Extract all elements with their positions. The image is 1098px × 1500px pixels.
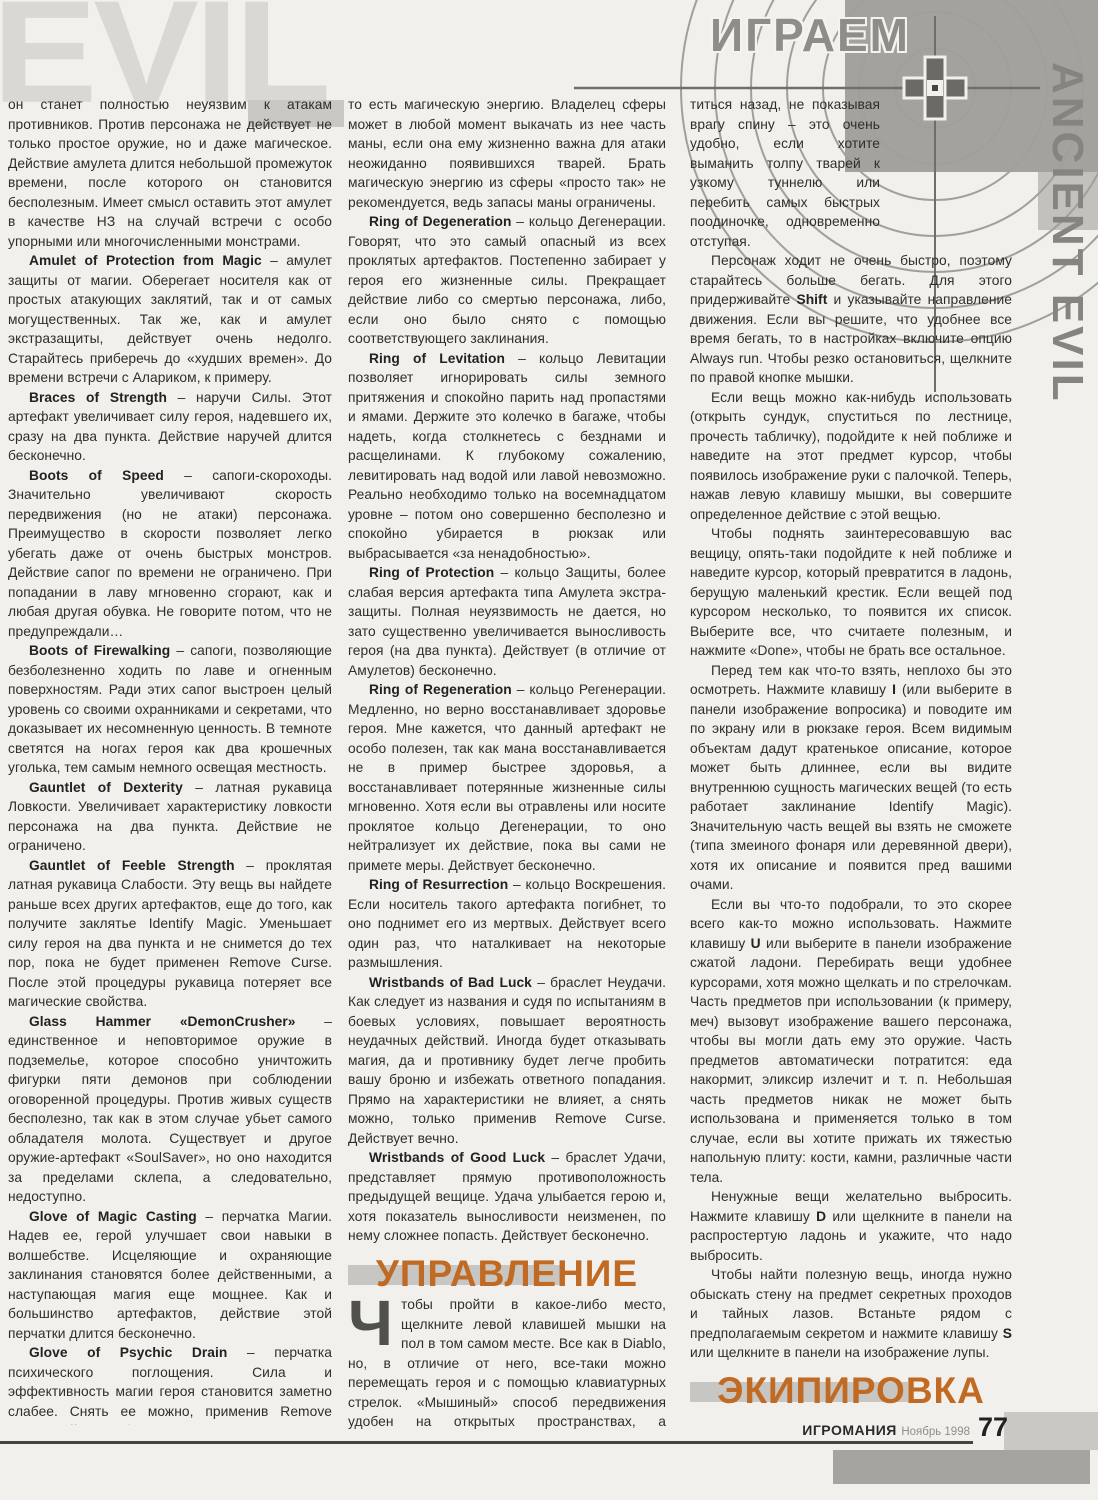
equipment-intro-text: ажав клавишу Пробел, вы вызовете меню сн… xyxy=(690,1412,1012,1415)
column-1: он станет полностью неуязвим к атакам пр… xyxy=(8,95,332,1425)
heading-controls: УПРАВЛЕНИЕ xyxy=(348,1264,666,1284)
magazine-page: EVIL ИГРАЕМ ANCIENT EVIL он станет полно… xyxy=(0,0,1098,1500)
dropcap-controls: Ч xyxy=(348,1298,393,1348)
heading-equipment: ЭКИПИРОВКА xyxy=(690,1381,1012,1401)
footer-light-block xyxy=(1004,1412,1098,1450)
controls-intro-text: тобы пройти в какое-либо место, щелкните… xyxy=(348,1295,666,1430)
footer-dark-block xyxy=(833,1450,1090,1484)
magazine-name: ИГРОМАНИЯ xyxy=(802,1422,897,1438)
footer-brand: ИГРОМАНИЯ Ноябрь 1998 xyxy=(700,1422,970,1440)
equipment-intro: Н ажав клавишу Пробел, вы вызовете меню … xyxy=(690,1412,1012,1415)
target-text-wrap-spacer xyxy=(880,95,1012,217)
column-2: то есть магическую энергию. Владелец сфе… xyxy=(348,95,666,1430)
section-label-playing: ИГРАЕМ xyxy=(660,8,910,62)
footer-rule xyxy=(0,1441,973,1444)
page-number: 77 xyxy=(978,1412,1008,1443)
issue-date: Ноябрь 1998 xyxy=(901,1426,970,1438)
column-3: титься назад, не показывая врагу спину –… xyxy=(690,95,1012,1415)
column-3-controls-text: титься назад, не показывая врагу спину –… xyxy=(690,95,1012,1363)
controls-intro: Ч тобы пройти в какое-либо место, щелкни… xyxy=(348,1295,666,1430)
column-2-artifact-text: то есть магическую энергию. Владелец сфе… xyxy=(348,95,666,1246)
vertical-game-title: ANCIENT EVIL xyxy=(1042,62,1092,422)
